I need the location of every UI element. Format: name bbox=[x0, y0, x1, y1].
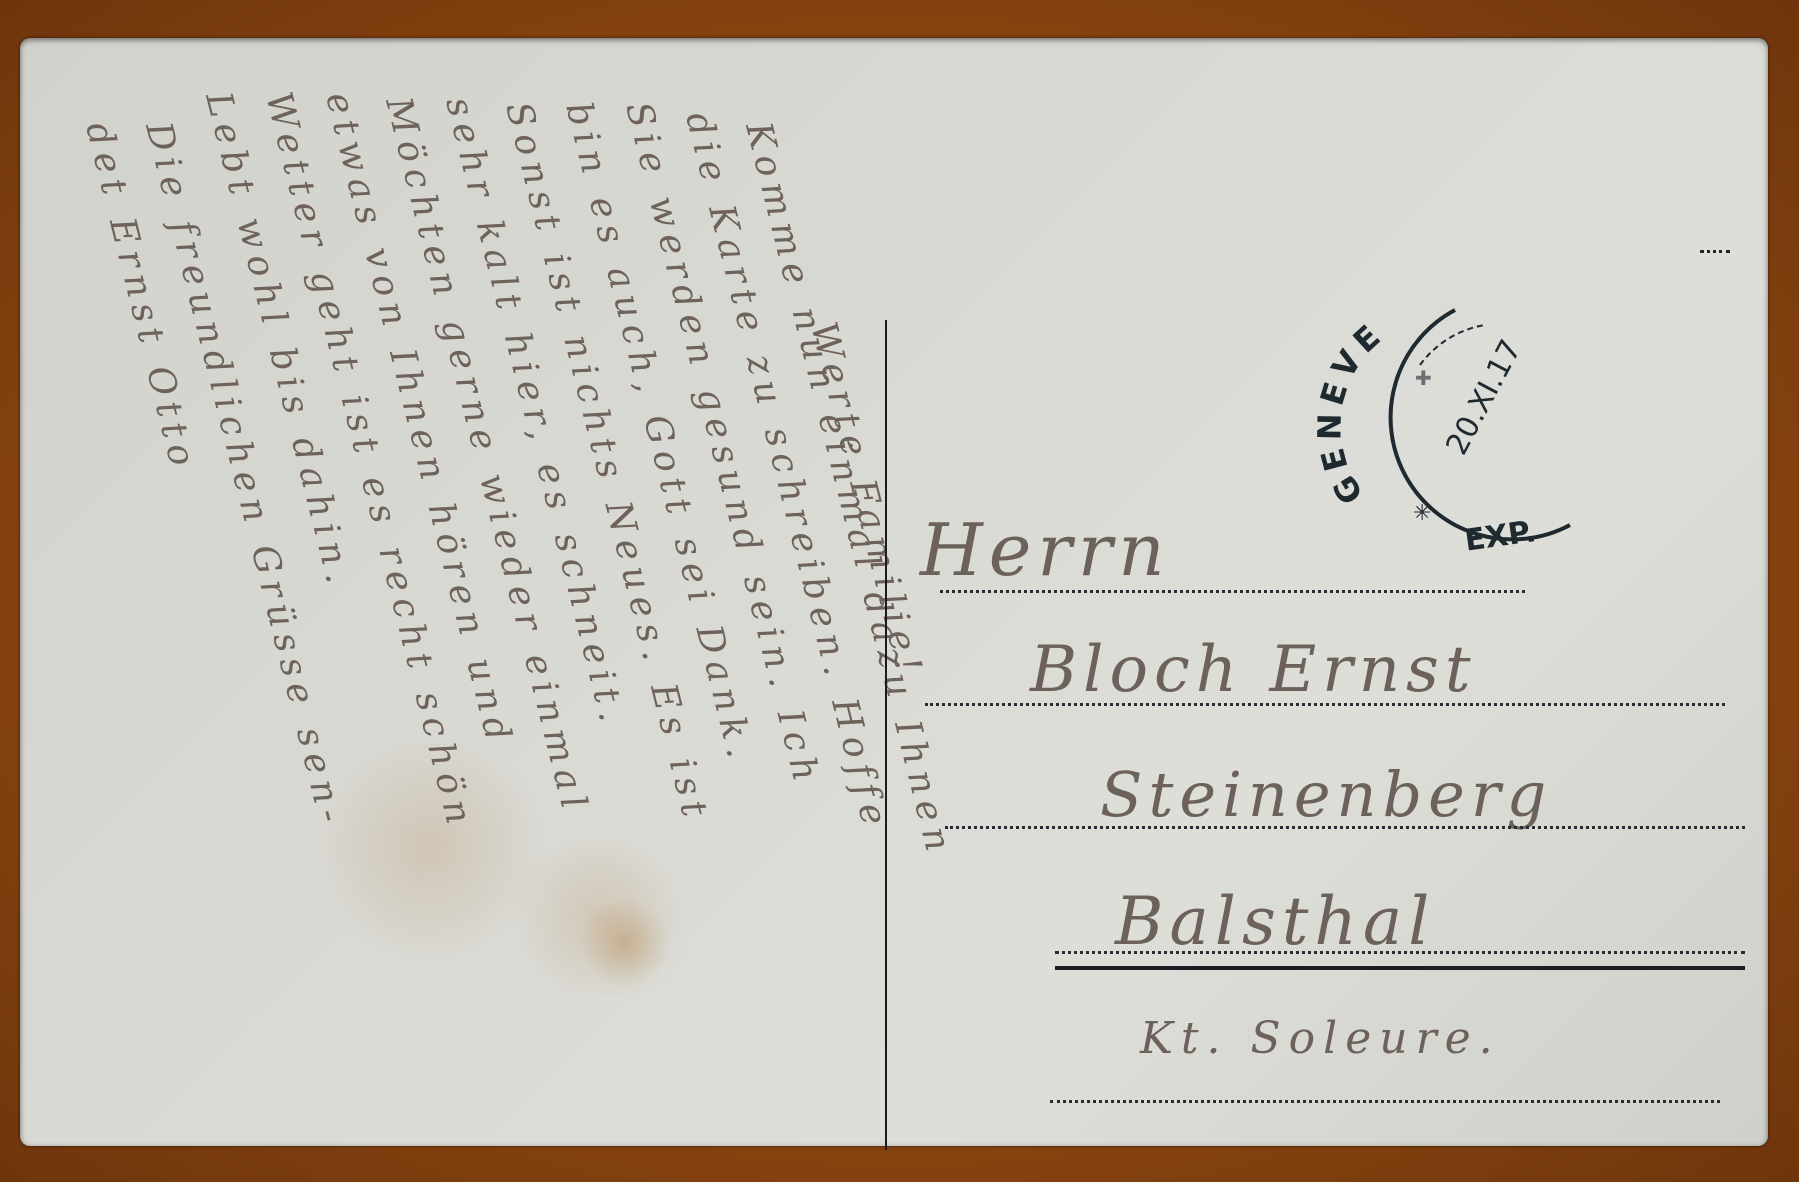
postmark-city: GENEVE bbox=[1310, 314, 1392, 511]
postmark-office: EXP. bbox=[1463, 514, 1539, 559]
address-name: Bloch Ernst bbox=[1030, 633, 1477, 707]
address-line-4 bbox=[1055, 951, 1745, 954]
address-town: Balsthal bbox=[1115, 883, 1435, 960]
postmark-date: 20.XI.17 bbox=[1439, 334, 1529, 461]
message-area: Werte Familie! Komme nun einmal dazu Ihn… bbox=[50, 78, 850, 1128]
postmark: GENEVE 20.XI.17 EXP. ✳ ✚ bbox=[1295, 280, 1595, 580]
swiss-cross-icon: ✚ bbox=[1415, 366, 1432, 390]
svg-text:GENEVE: GENEVE bbox=[1310, 314, 1392, 511]
divider-line bbox=[885, 320, 887, 1150]
address-line-5 bbox=[1050, 1100, 1720, 1103]
address-line-3 bbox=[945, 826, 1745, 829]
address-solid-line bbox=[1055, 966, 1745, 970]
address-salutation: Herrn bbox=[920, 508, 1171, 592]
address-line-1 bbox=[940, 590, 1525, 593]
star-icon: ✳ bbox=[1413, 501, 1431, 526]
postcard: Werte Familie! Komme nun einmal dazu Ihn… bbox=[20, 38, 1768, 1146]
address-canton: Kt. Soleure. bbox=[1140, 1013, 1501, 1064]
postmark-icon: GENEVE 20.XI.17 EXP. ✳ ✚ bbox=[1295, 280, 1595, 580]
address-line-2 bbox=[925, 703, 1725, 706]
stamp-box-mark bbox=[1700, 250, 1730, 253]
address-street: Steinenberg bbox=[1100, 758, 1552, 831]
